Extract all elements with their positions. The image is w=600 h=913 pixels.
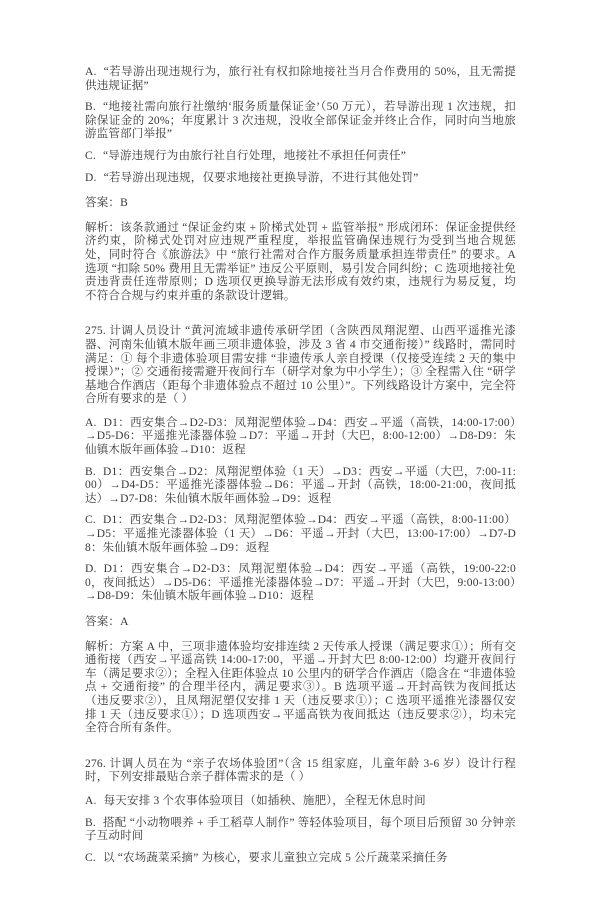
option-a-label: A. [85, 66, 97, 78]
question-1-option-b: B.“地接社需向旅行社缴纳‘服务质量保证金’（50 万元），若导游出现 1 次违… [85, 101, 516, 142]
question-276-stem: 276. 计调人员在为 “亲子农场体验团”（含 15 组家庭，儿童年龄 3-6 … [85, 758, 516, 785]
question-276-option-c: C.以 “农场蔬菜采摘” 为核心，要求儿童独立完成 5 公斤蔬菜采摘任务 [85, 852, 516, 866]
option-d-label: D. [85, 563, 97, 575]
option-b-label: B. [85, 817, 96, 829]
option-b-text: 搭配 “小动物喂养 + 手工稻草人制作” 等轻体验项目，每个项目后预留 30 分… [85, 817, 516, 843]
question-275-option-a: A.D1：西安集合→D2-D3：凤翔泥塑体验→D4：西安→平遥（高铁，14:00… [85, 417, 516, 458]
option-b-text: “地接社需向旅行社缴纳‘服务质量保证金’（50 万元），若导游出现 1 次违规，… [85, 101, 516, 140]
option-d-text: “若导游出现违规，仅要求地接社更换导游，不进行其他处罚” [104, 172, 419, 184]
option-c-text: “导游违规行为由旅行社自行处理，地接社不承担任何责任” [103, 150, 406, 162]
question-275-answer: 答案：A [85, 616, 516, 630]
option-b-label: B. [85, 466, 96, 478]
question-block-1: A.“若导游出现违规行为，旅行社有权扣除地接社当月合作费用的 50%，且无需提供… [85, 66, 516, 303]
question-1-option-d: D.“若导游出现违规，仅要求地接社更换导游，不进行其他处罚” [85, 172, 516, 186]
option-b-label: B. [85, 101, 96, 113]
question-275-option-b: B.D1：西安集合→D2：凤翔泥塑体验（1 天）→D3：西安→平遥（大巴，7:0… [85, 466, 516, 507]
question-1-analysis: 解析：该条款通过 “保证金约束 + 阶梯式处罚 + 监管举报” 形成闭环：保证金… [85, 222, 516, 304]
document-page: A.“若导游出现违规行为，旅行社有权扣除地接社当月合作费用的 50%，且无需提供… [0, 0, 600, 913]
question-block-276: 276. 计调人员在为 “亲子农场体验团”（含 15 组家庭，儿童年龄 3-6 … [85, 758, 516, 866]
option-c-label: C. [85, 852, 96, 864]
question-275-option-c: C.D1：西安集合→D2-D3：凤翔泥塑体验→D4：西安→平遥（高铁，8:00-… [85, 514, 516, 555]
option-a-label: A. [85, 795, 97, 807]
question-1-option-a: A.“若导游出现违规行为，旅行社有权扣除地接社当月合作费用的 50%，且无需提供… [85, 66, 516, 93]
question-275-analysis: 解析：方案 A 中，三项非遗体验均安排连续 2 天传承人授课（满足要求①）；所有… [85, 641, 516, 736]
question-276-option-a: A.每天安排 3 个农事体验项目（如插秧、施肥），全程无休息时间 [85, 795, 516, 809]
option-a-label: A. [85, 417, 97, 429]
question-276-option-b: B.搭配 “小动物喂养 + 手工稻草人制作” 等轻体验项目，每个项目后预留 30… [85, 817, 516, 844]
option-a-text: D1：西安集合→D2-D3：凤翔泥塑体验→D4：西安→平遥（高铁，14:00-1… [85, 417, 516, 456]
option-d-label: D. [85, 172, 97, 184]
question-275-option-d: D.D1：西安集合→D2-D3：凤翔泥塑体验→D4：西安→平遥（高铁，19:00… [85, 563, 516, 604]
option-a-text: 每天安排 3 个农事体验项目（如插秧、施肥），全程无休息时间 [104, 795, 426, 807]
option-c-label: C. [85, 150, 96, 162]
question-block-275: 275. 计调人员设计 “黄河流域非遗传承研学团（含陕西凤翔泥塑、山西平遥推光漆… [85, 325, 516, 735]
option-c-label: C. [85, 514, 96, 526]
option-a-text: “若导游出现违规行为，旅行社有权扣除地接社当月合作费用的 50%，且无需提供违规… [85, 66, 516, 92]
option-d-text: D1：西安集合→D2-D3：凤翔泥塑体验→D4：西安→平遥（高铁，19:00-2… [85, 563, 516, 602]
option-c-text: 以 “农场蔬菜采摘” 为核心，要求儿童独立完成 5 公斤蔬菜采摘任务 [103, 852, 448, 864]
question-1-answer: 答案：B [85, 197, 516, 211]
option-c-text: D1：西安集合→D2-D3：凤翔泥塑体验→D4：西安→平遥（高铁，8:00-11… [85, 514, 516, 553]
question-275-stem: 275. 计调人员设计 “黄河流域非遗传承研学团（含陕西凤翔泥塑、山西平遥推光漆… [85, 325, 516, 407]
option-b-text: D1：西安集合→D2：凤翔泥塑体验（1 天）→D3：西安→平遥（大巴，7:00-… [85, 466, 516, 505]
question-1-option-c: C.“导游违规行为由旅行社自行处理，地接社不承担任何责任” [85, 150, 516, 164]
